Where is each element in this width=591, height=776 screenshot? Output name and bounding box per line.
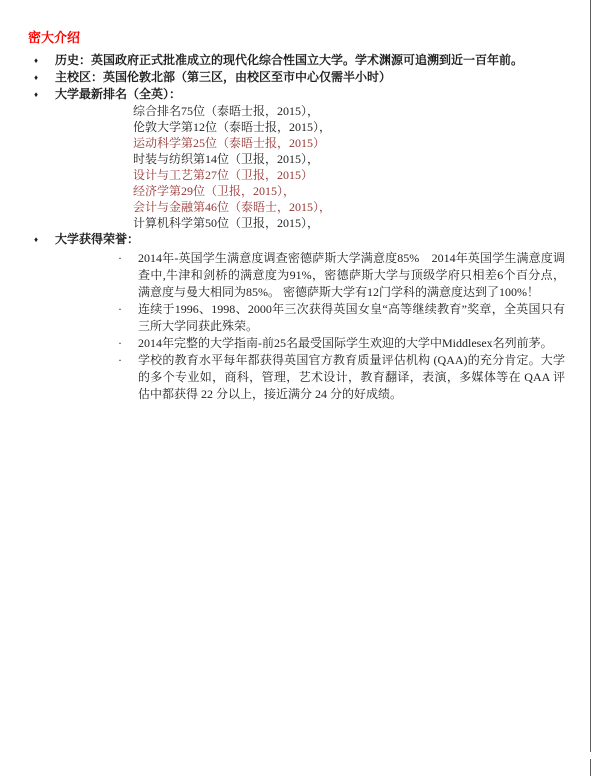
history-line: 历史：英国政府正式批准成立的现代化综合性国立大学。学术渊源可追溯到近一百年前。 xyxy=(55,52,568,69)
honors-heading-line: 大学获得荣誉： xyxy=(55,231,568,248)
honor-text: 2014年完整的大学指南-前25名最受国际学生欢迎的大学中Middlesex名列… xyxy=(138,335,565,352)
dot-bullet-icon: · xyxy=(118,335,138,352)
document-page: 密大介绍 ♦ 历史：英国政府正式批准成立的现代化综合性国立大学。学术渊源可追溯到… xyxy=(28,28,568,403)
campus-text: 英国伦敦北部（第三区，由校区至市中心仅需半小时） xyxy=(103,70,391,84)
diamond-bullet-icon: ♦ xyxy=(28,86,55,103)
honor-item: · 2014年-英国学生满意度调查密德萨斯大学满意度85% 2014年英国学生满… xyxy=(28,250,568,301)
campus-label: 主校区： xyxy=(55,70,103,84)
ranking-line: 时装与纺织第14位（卫报，2015）， xyxy=(133,151,568,167)
history-text: 英国政府正式批准成立的现代化综合性国立大学。学术渊源可追溯到近一百年前。 xyxy=(91,53,523,67)
bullet-history: ♦ 历史：英国政府正式批准成立的现代化综合性国立大学。学术渊源可追溯到近一百年前… xyxy=(28,52,568,69)
ranking-line: 伦敦大学第12位（泰晤士报，2015）， xyxy=(133,119,568,135)
diamond-bullet-icon: ♦ xyxy=(28,52,55,69)
honors-heading-label: 大学获得荣誉： xyxy=(55,232,139,246)
ranking-line: 经济学第29位（卫报，2015）， xyxy=(133,183,568,199)
honor-item: · 连续于1996、1998、2000年三次获得英国女皇“高等继续教育”奖章，全… xyxy=(28,301,568,335)
diamond-bullet-icon: ♦ xyxy=(28,231,55,248)
ranking-line: 计算机科学第50位（卫报，2015）， xyxy=(133,215,568,231)
ranking-line: 运动科学第25位（泰晤士报，2015） xyxy=(133,135,568,151)
rankings-heading-label: 大学最新排名（全英）： xyxy=(55,87,181,101)
rankings-list: 综合排名75位（泰晤士报，2015）， 伦敦大学第12位（泰晤士报，2015），… xyxy=(133,103,568,231)
history-label: 历史： xyxy=(55,53,91,67)
honor-text: 学校的教育水平每年都获得英国官方教育质量评估机构 (QAA)的充分肯定。大学的多… xyxy=(138,352,565,403)
ranking-line: 综合排名75位（泰晤士报，2015）， xyxy=(133,103,568,119)
bullet-campus: ♦ 主校区：英国伦敦北部（第三区，由校区至市中心仅需半小时） xyxy=(28,69,568,86)
rankings-heading-line: 大学最新排名（全英）： xyxy=(55,86,568,103)
ranking-line: 设计与工艺第27位（卫报，2015） xyxy=(133,167,568,183)
honor-text: 连续于1996、1998、2000年三次获得英国女皇“高等继续教育”奖章，全英国… xyxy=(138,301,565,335)
honors-list: · 2014年-英国学生满意度调查密德萨斯大学满意度85% 2014年英国学生满… xyxy=(28,250,568,403)
dot-bullet-icon: · xyxy=(118,301,138,318)
ranking-line: 会计与金融第46位（泰晤士，2015）， xyxy=(133,199,568,215)
honor-text: 2014年-英国学生满意度调查密德萨斯大学满意度85% 2014年英国学生满意度… xyxy=(138,250,565,301)
honor-item: · 2014年完整的大学指南-前25名最受国际学生欢迎的大学中Middlesex… xyxy=(28,335,568,352)
diamond-bullet-icon: ♦ xyxy=(28,69,55,86)
honor-item: · 学校的教育水平每年都获得英国官方教育质量评估机构 (QAA)的充分肯定。大学… xyxy=(28,352,568,403)
bullet-rankings-heading: ♦ 大学最新排名（全英）： xyxy=(28,86,568,103)
page-title: 密大介绍 xyxy=(28,28,568,48)
dot-bullet-icon: · xyxy=(118,250,138,267)
campus-line: 主校区：英国伦敦北部（第三区，由校区至市中心仅需半小时） xyxy=(55,69,568,86)
dot-bullet-icon: · xyxy=(118,352,138,369)
bullet-honors-heading: ♦ 大学获得荣誉： xyxy=(28,231,568,248)
